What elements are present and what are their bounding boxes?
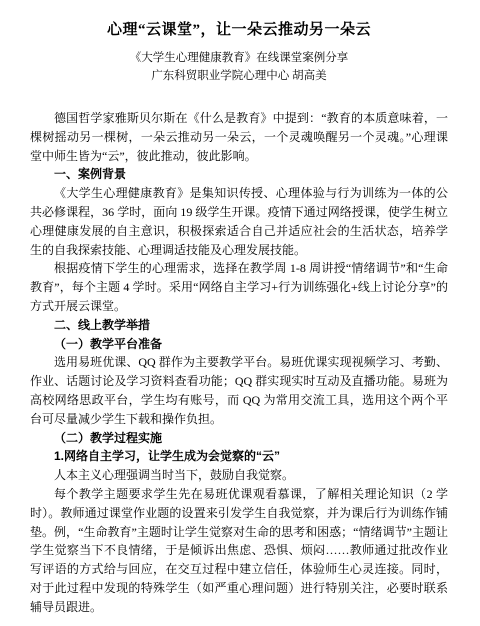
subsection-heading-process: （二）教学过程实施: [30, 429, 448, 448]
document-subtitle: 《大学生心理健康教育》在线课堂案例分享: [30, 49, 448, 67]
section-heading-measures: 二、线上教学举措: [30, 316, 448, 335]
paragraph-teaching-detail: 每个教学主题要求学生先在易班优课观看慕课，了解相关理论知识（2 学时）。教师通过…: [30, 485, 448, 617]
paragraph-humanism: 人本主义心理强调当时当下，鼓励自我觉察。: [30, 466, 448, 485]
paragraph-platform: 选用易班优课、QQ 群作为主要教学平台。易班优课实现视频学习、考勤、作业、话题讨…: [30, 353, 448, 428]
paragraph-course-overview: 《大学生心理健康教育》是集知识传授、心理体验与行为训练为一体的公共必修课程，36…: [30, 184, 448, 259]
paragraph-intro: 德国哲学家雅斯贝尔斯在《什么是教育》中提到：“教育的本质意味着，一棵树摇动另一棵…: [30, 109, 448, 165]
section-heading-background: 一、案例背景: [30, 165, 448, 184]
document-title: 心理“云课堂”，让一朵云推动另一朵云: [30, 19, 448, 42]
subsection-heading-platform: （一）教学平台准备: [30, 335, 448, 354]
document-author-line: 广东科贸职业学院心理中心 胡高美: [30, 67, 448, 85]
paragraph-course-plan: 根据疫情下学生的心理需求，选择在教学周 1-8 周讲授“情绪调节”和“生命教育”…: [30, 259, 448, 315]
subsubsection-heading-self-learning: 1.网络自主学习，让学生成为会觉察的“云”: [30, 447, 448, 466]
document-body: 德国哲学家雅斯贝尔斯在《什么是教育》中提到：“教育的本质意味着，一棵树摇动另一棵…: [30, 109, 448, 617]
document-page: 心理“云课堂”，让一朵云推动另一朵云 《大学生心理健康教育》在线课堂案例分享 广…: [0, 0, 480, 626]
